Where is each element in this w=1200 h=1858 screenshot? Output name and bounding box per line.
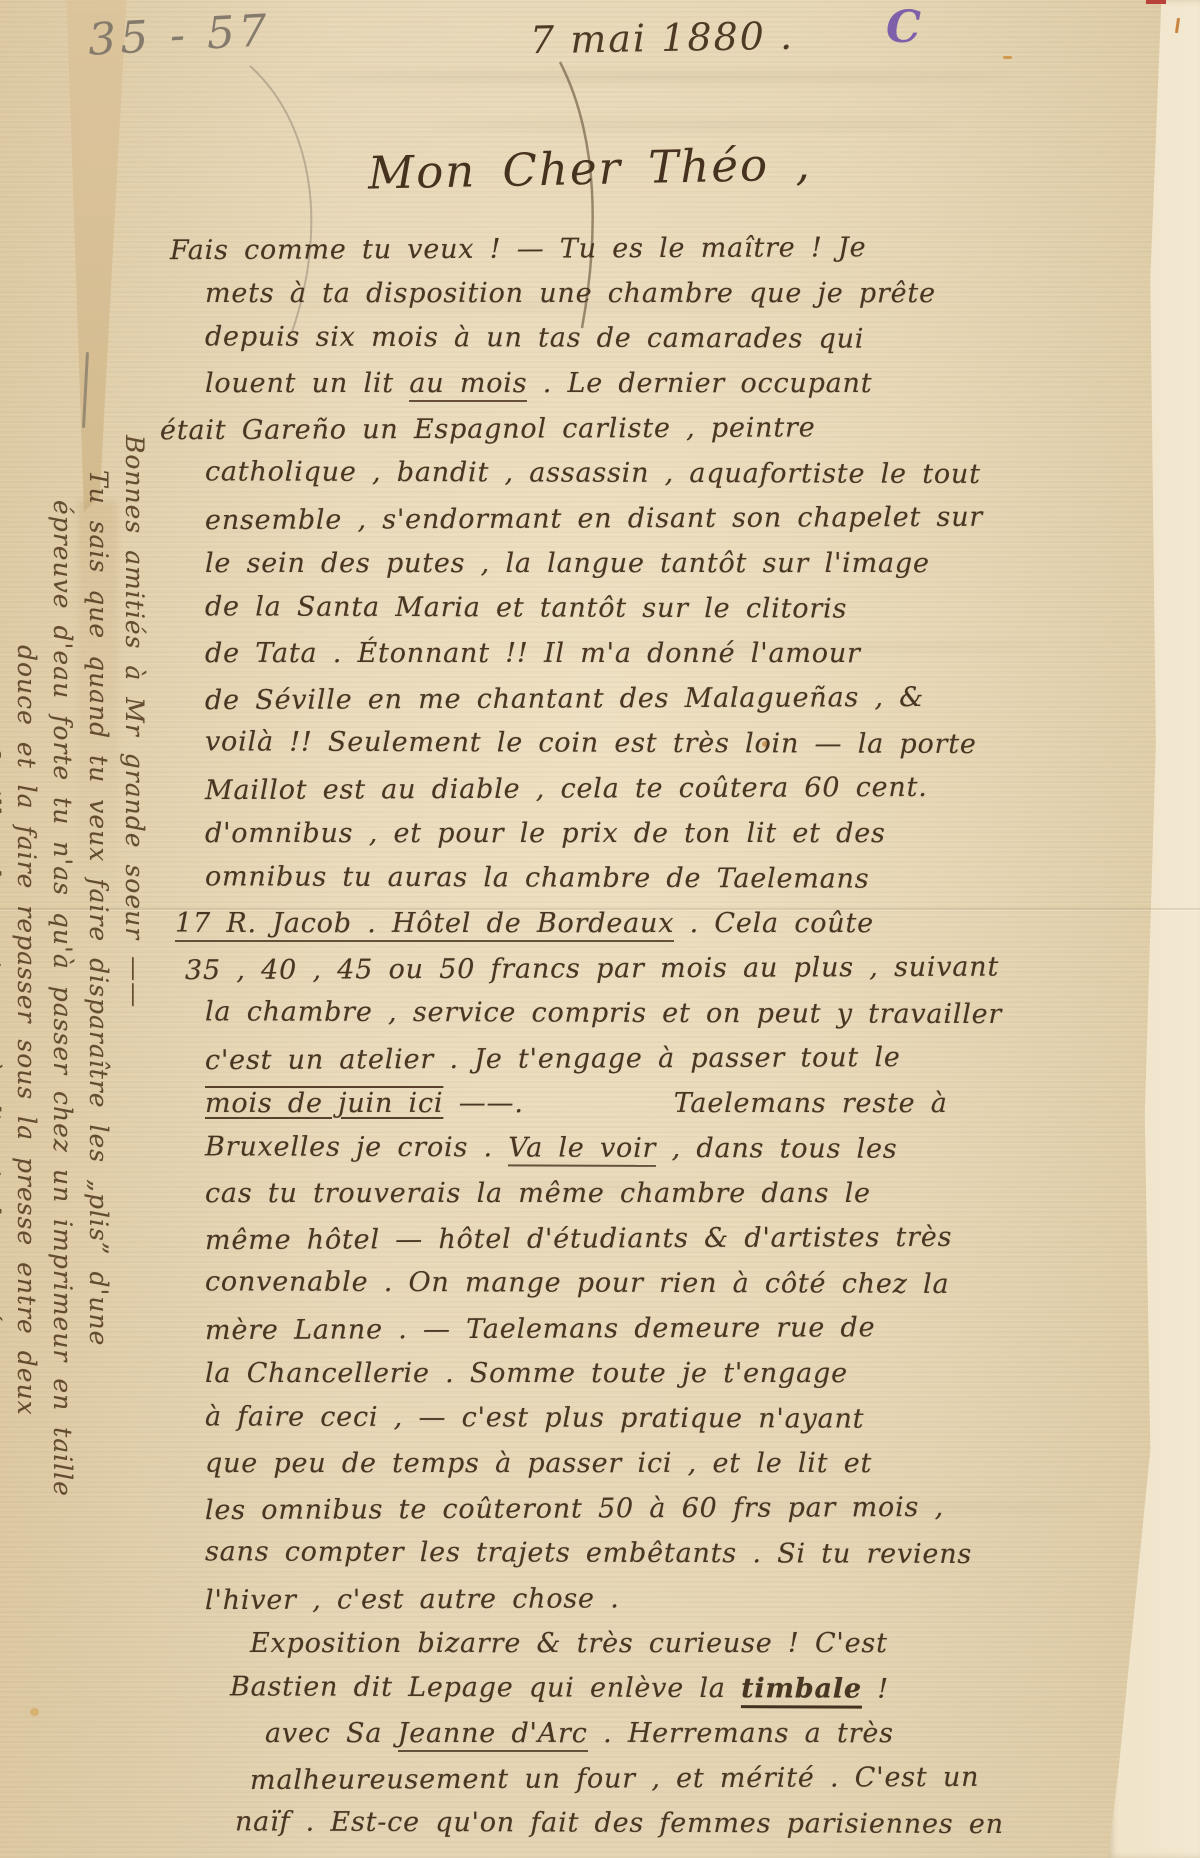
- handwritten-text: . Herremans a très: [588, 1718, 894, 1749]
- fox-spot: [1003, 56, 1012, 59]
- handwritten-text: , dans tous les: [656, 1133, 897, 1165]
- salutation: Mon Cher Théo ,: [367, 137, 812, 199]
- letter-line: mois de juin ici ——.Taelemans reste à: [205, 1081, 1165, 1126]
- letter-line: Fais comme tu veux ! — Tu es le maître !…: [170, 224, 1165, 273]
- handwritten-text: l'hiver , c'est autre chose .: [205, 1583, 620, 1616]
- letter-body: Fais comme tu veux ! — Tu es le maître !…: [205, 226, 1165, 1846]
- letter-line: voilà !! Seulement le coin est très loin…: [205, 719, 1165, 767]
- handwritten-text: à faire ceci , — c'est plus pratique n'a…: [205, 1401, 864, 1434]
- handwritten-text: malheureusement un four , et mérité . C'…: [250, 1762, 979, 1796]
- emphasized-text: au mois: [409, 368, 527, 402]
- handwritten-text: Maillot est au diable , cela te coûtera …: [205, 772, 928, 806]
- handwritten-text: voilà !! Seulement le coin est très loin…: [205, 726, 977, 760]
- letter-line: 17 R. Jacob . Hôtel de Bordeaux . Cela c…: [175, 901, 1165, 946]
- ink-bleedthrough: [310, 72, 1010, 82]
- margin-note-line: douce et la faire repasser sous la press…: [8, 415, 44, 1858]
- handwritten-text: Exposition bizarre & très curieuse ! C'e…: [250, 1628, 888, 1659]
- handwritten-text: Fais comme tu veux ! — Tu es le maître !…: [170, 232, 867, 266]
- emphasized-text: 17 R. Jacob . Hôtel de Bordeaux: [175, 908, 674, 942]
- handwritten-text: c'est un atelier . Je t'engage à passer …: [205, 1042, 901, 1076]
- letter-line: Bruxelles je crois . Va le voir , dans t…: [205, 1124, 1165, 1172]
- letter-line: de Séville en me chantant des Malagueñas…: [205, 674, 1165, 723]
- letter-page: 35 - 57 7 mai 1880 . C Mon Cher Théo , F…: [0, 0, 1200, 1858]
- margin-note-line: Bonnes amitiés à Mr grande soeur ——: [116, 415, 152, 1858]
- letter-line: c'est un atelier . Je t'engage à passer …: [205, 1034, 1165, 1083]
- collection-mark: C: [886, 2, 921, 53]
- handwritten-text: sans compter les trajets embêtants . Si …: [205, 1536, 972, 1570]
- letter-line: à faire ceci , — c'est plus pratique n'a…: [205, 1394, 1165, 1442]
- ink-bleedthrough: [430, 120, 950, 130]
- handwritten-text: le sein des putes , la langue tantôt sur…: [205, 548, 930, 579]
- handwritten-text: !: [862, 1674, 889, 1705]
- letter-line: de la Santa Maria et tantôt sur le clito…: [205, 584, 1165, 632]
- margin-note-line: feuilles de papier après l'avoir humecté…: [0, 415, 8, 1858]
- handwritten-text: Bastien dit Lepage qui enlève la: [230, 1671, 741, 1704]
- letter-line: la chambre , service compris et on peut …: [205, 989, 1165, 1037]
- letter-line: 35 , 40 , 45 ou 50 francs par mois au pl…: [185, 944, 1165, 993]
- letter-line: cas tu trouverais la même chambre dans l…: [205, 1171, 1165, 1216]
- letter-line: le sein des putes , la langue tantôt sur…: [205, 541, 1165, 586]
- letter-line: louent un lit au mois . Le dernier occup…: [205, 361, 1165, 406]
- handwritten-text: ensemble , s'endormant en disant son cha…: [205, 502, 983, 536]
- margin-note: Bonnes amitiés à Mr grande soeur ——Tu sa…: [0, 415, 152, 1858]
- margin-note-line: Tu sais que quand tu veux faire disparaî…: [80, 415, 116, 1858]
- handwritten-text: mets à ta disposition une chambre que je…: [205, 278, 936, 309]
- letter-line: d'omnibus , et pour le prix de ton lit e…: [205, 811, 1165, 856]
- handwritten-text: ——.: [443, 1088, 523, 1119]
- handwritten-text: les omnibus te coûteront 50 à 60 frs par…: [205, 1492, 944, 1526]
- handwritten-text: omnibus tu auras la chambre de Taelemans: [205, 861, 870, 894]
- letter-line: de Tata . Étonnant !! Il m'a donné l'amo…: [205, 631, 1165, 676]
- handwritten-text: de Séville en me chantant des Malagueñas…: [205, 682, 924, 716]
- letter-line: même hôtel — hôtel d'étudiants & d'artis…: [205, 1214, 1165, 1263]
- letter-line: mère Lanne . — Taelemans demeure rue de: [205, 1304, 1165, 1353]
- handwritten-text: avec Sa: [265, 1718, 398, 1749]
- handwritten-text: la Chancellerie . Somme toute je t'engag…: [205, 1358, 848, 1389]
- letter-line: sans compter les trajets embêtants . Si …: [205, 1529, 1165, 1577]
- emphasized-text: Jeanne d'Arc: [398, 1718, 588, 1752]
- letter-line: était Gareño un Espagnol carliste , pein…: [160, 404, 1165, 453]
- handwritten-text: catholique , bandit , assassin , aquafor…: [205, 456, 981, 490]
- letter-line: omnibus tu auras la chambre de Taelemans: [205, 854, 1165, 902]
- letter-line: l'hiver , c'est autre chose .: [205, 1574, 1165, 1623]
- handwritten-text: mère Lanne . — Taelemans demeure rue de: [205, 1312, 875, 1346]
- letter-line: que peu de temps à passer ici , et le li…: [205, 1441, 1165, 1486]
- handwritten-text: naïf . Est-ce qu'on fait des femmes pari…: [235, 1806, 1004, 1840]
- catalog-number: 35 - 57: [87, 5, 272, 65]
- handwritten-text: de la Santa Maria et tantôt sur le clito…: [205, 591, 847, 624]
- handwritten-text: que peu de temps à passer ici , et le li…: [205, 1448, 872, 1479]
- handwritten-text: 35 , 40 , 45 ou 50 francs par mois au pl…: [185, 952, 999, 987]
- handwritten-text: Bruxelles je crois .: [205, 1131, 508, 1163]
- handwritten-text: la chambre , service compris et on peut …: [205, 996, 1002, 1030]
- letter-line: ensemble , s'endormant en disant son cha…: [205, 494, 1165, 543]
- handwritten-text: louent un lit: [205, 368, 409, 399]
- margin-note-line: épreuve d'eau forte tu n'as qu'à passer …: [44, 415, 80, 1858]
- handwritten-text: . Le dernier occupant: [527, 368, 872, 399]
- handwritten-text: d'omnibus , et pour le prix de ton lit e…: [205, 818, 886, 849]
- letter-line: malheureusement un four , et mérité . C'…: [250, 1754, 1165, 1803]
- red-edge-mark: [1146, 0, 1166, 4]
- letter-line: catholique , bandit , assassin , aquafor…: [205, 449, 1165, 497]
- handwritten-text: convenable . On mange pour rien à côté c…: [205, 1266, 949, 1300]
- letter-line: Exposition bizarre & très curieuse ! C'e…: [250, 1621, 1165, 1666]
- letter-date: 7 mai 1880 .: [530, 14, 795, 63]
- letter-line: convenable . On mange pour rien à côté c…: [205, 1259, 1165, 1307]
- handwritten-text: . Cela coûte: [674, 908, 874, 939]
- letter-line: la Chancellerie . Somme toute je t'engag…: [205, 1351, 1165, 1396]
- handwritten-text: même hôtel — hôtel d'étudiants & d'artis…: [205, 1222, 952, 1256]
- letter-line: Maillot est au diable , cela te coûtera …: [205, 764, 1165, 813]
- letter-line: mets à ta disposition une chambre que je…: [205, 271, 1165, 316]
- emphasized-text: mois de juin ici: [205, 1088, 443, 1119]
- letter-line: Bastien dit Lepage qui enlève la timbale…: [230, 1664, 1165, 1712]
- emphasized-text: Va le voir: [508, 1132, 656, 1167]
- handwritten-text: cas tu trouverais la même chambre dans l…: [205, 1178, 871, 1209]
- handwritten-text: était Gareño un Espagnol carliste , pein…: [160, 412, 816, 446]
- handwritten-text: Taelemans reste à: [674, 1088, 948, 1119]
- emphasized-text: timbale: [741, 1673, 862, 1708]
- letter-line: avec Sa Jeanne d'Arc . Herremans a très: [265, 1711, 1165, 1756]
- letter-line: naïf . Est-ce qu'on fait des femmes pari…: [235, 1799, 1165, 1847]
- letter-line: depuis six mois à un tas de camarades qu…: [205, 314, 1165, 362]
- letter-line: les omnibus te coûteront 50 à 60 frs par…: [205, 1484, 1165, 1533]
- handwritten-text: de Tata . Étonnant !! Il m'a donné l'amo…: [205, 638, 861, 669]
- handwritten-text: depuis six mois à un tas de camarades qu…: [205, 321, 864, 354]
